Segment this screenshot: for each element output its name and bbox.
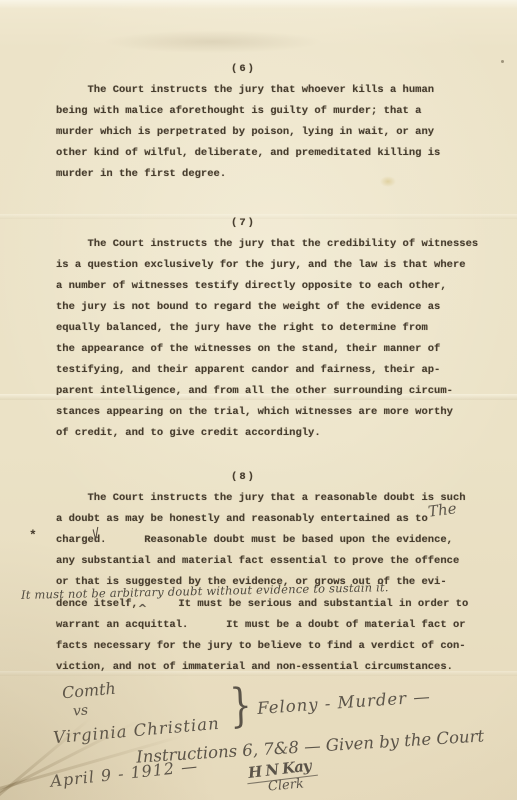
typed-line: murder which is perpetrated by poison, l… [56, 122, 473, 143]
typed-line: a number of witnesses testify directly o… [56, 276, 473, 297]
struck-out-letter: d [94, 530, 100, 551]
paper-crease-dimple [70, 22, 330, 58]
typed-line: warrant an acquittal. It must be a doubt… [56, 615, 473, 636]
instruction-6-paragraph: The Court instructs the jury that whoeve… [56, 80, 473, 185]
instruction-8-lines-a: The Court instructs the jury that a reas… [56, 488, 473, 530]
section-number-7: (7) [35, 213, 452, 234]
handwritten-inserted-word: The [427, 499, 458, 520]
charge-line-rest: . Reasonable doubt must be based upon th… [100, 534, 453, 546]
scanned-document-page: (6) The Court instructs the jury that wh… [0, 0, 517, 800]
typed-line: other kind of wilful, deliberate, and pr… [56, 143, 473, 164]
typed-line: testifying, and their apparent candor an… [56, 360, 473, 381]
typed-line: equally balanced, the jury have the righ… [56, 318, 473, 339]
typed-line: The Court instructs the jury that a reas… [56, 488, 473, 509]
typed-line: is a question exclusively for the jury, … [56, 255, 473, 276]
typed-line: facts necessary for the jury to believe … [56, 636, 473, 657]
clerk-signature-title: Clerk [267, 776, 304, 794]
typed-line: of credit, and to give credit accordingl… [56, 423, 473, 444]
typed-line: viction, and not of immaterial and non-e… [56, 657, 473, 678]
dence-line-rest: It must be serious and substantial in or… [147, 598, 468, 610]
paper-top-edge-highlight [0, 0, 517, 9]
typed-line: The Court instructs the jury that whoeve… [56, 80, 473, 101]
case-party-commonwealth: Comth [61, 679, 116, 703]
typed-line: being with malice aforethought is guilty… [56, 101, 473, 122]
typed-line: the jury is not bound to regard the weig… [56, 297, 473, 318]
insertion-caret: ^ [138, 599, 147, 620]
charge-label: Felony - Murder — [257, 687, 432, 718]
typed-line: stances appearing on the trial, which wi… [56, 402, 473, 423]
case-versus: vs [72, 702, 88, 719]
paper-speck [501, 60, 504, 63]
typed-line: the appearance of the witnesses on the s… [56, 339, 473, 360]
instruction-8-lines-c: warrant an acquittal. It must be a doubt… [56, 615, 473, 678]
typed-line-charged: charged. Reasonable doubt must be based … [56, 530, 473, 551]
margin-asterisk: * [29, 528, 37, 543]
instruction-7-paragraph: The Court instructs the jury that the cr… [56, 234, 473, 443]
docket-date: April 9 - 1912 — [49, 756, 199, 790]
typed-line: The Court instructs the jury that the cr… [56, 234, 473, 255]
typed-line: any substantial and material fact essent… [56, 551, 473, 572]
typed-line: murder in the first degree. [56, 164, 473, 185]
charge-word: charge [56, 534, 94, 546]
typed-line: a doubt as may be honestly and reasonabl… [56, 509, 473, 530]
section-number-6: (6) [35, 59, 452, 80]
docket-brace: } [229, 678, 253, 731]
typed-line: parent intelligence, and from all the ot… [56, 381, 473, 402]
section-number-8: (8) [35, 467, 452, 488]
